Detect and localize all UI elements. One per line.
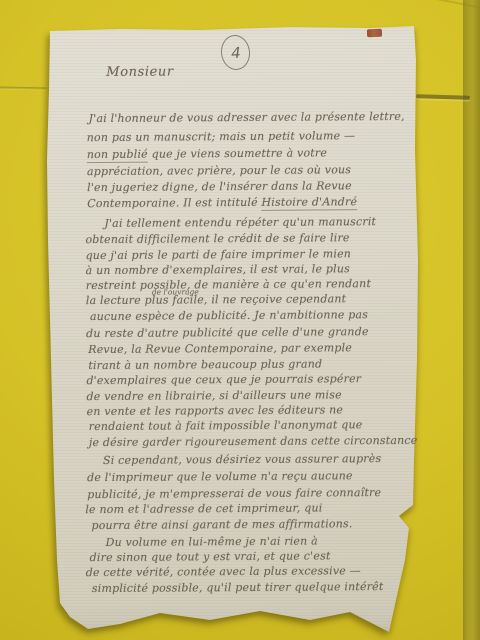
handwritten-text: Contemporaine. Il est intitulé (87, 196, 261, 210)
handwritten-text: Si cependant, vous désiriez vous assurer… (103, 452, 381, 467)
letter-line: l'en jugeriez digne, de l'insérer dans l… (87, 180, 352, 194)
letter-line: aucune espèce de publicité. Je n'ambitio… (90, 309, 368, 323)
handwritten-text: Monsieur (106, 64, 174, 79)
handwritten-text: pourra être ainsi garant de mes affirmat… (91, 517, 352, 532)
handwritten-text: appréciation, avec prière, pour le cas o… (87, 163, 351, 178)
handwritten-text: que j'ai pris le parti de faire imprimer… (86, 247, 352, 262)
handwritten-text: d'exemplaires que ceux que je pourrais e… (86, 372, 361, 387)
handwritten-text: de l'imprimeur que le volume n'a reçu au… (87, 469, 353, 484)
letter-line: que j'ai pris le parti de faire imprimer… (86, 248, 352, 262)
handwritten-text: le nom et l'adresse de cet imprimeur, qu… (85, 501, 322, 516)
underlined-text: Histoire d'André (261, 195, 357, 211)
letter-line: dire sinon que tout y est vrai, et que c… (90, 550, 331, 564)
handwritten-text: du reste d'autre publicité que celle d'u… (86, 325, 369, 340)
handwritten-text: à un nombre d'exemplaires, il est vrai, … (86, 262, 350, 277)
letter-line: non publié que je viens soumettre à votr… (87, 147, 327, 161)
letter-line: appréciation, avec prière, pour le cas o… (87, 164, 351, 178)
handwritten-text: dire sinon que tout y est vrai, et que c… (90, 549, 331, 564)
letter-line: non pas un manuscrit; mais un petit volu… (87, 130, 356, 144)
handwritten-text: en vente et les rapports avec les éditeu… (87, 403, 344, 418)
letter-text-layer: MonsieurJ'ai l'honneur de vous adresser … (0, 0, 480, 640)
letter-line: J'ai tellement entendu répéter qu'un man… (104, 216, 376, 230)
letter-line: Si cependant, vous désiriez vous assurer… (103, 453, 381, 467)
handwritten-text: je désire garder rigoureusement dans cet… (89, 434, 418, 449)
handwritten-text: de cette vérité, contée avec la plus exc… (86, 564, 361, 579)
letter-line: simplicité possible, qu'il peut tirer qu… (92, 581, 384, 595)
letter-line: du reste d'autre publicité que celle d'u… (86, 326, 369, 340)
letter-line: le nom et l'adresse de cet imprimeur, qu… (85, 502, 322, 516)
handwritten-text: Revue, la Revue Contemporaine, par exemp… (88, 341, 352, 356)
handwritten-text: que je viens soumettre à votre (148, 146, 327, 160)
handwritten-text: l'en jugeriez digne, de l'insérer dans l… (87, 179, 352, 194)
letter-line: pourra être ainsi garant de mes affirmat… (91, 518, 352, 532)
letter-line: J'ai l'honneur de vous adresser avec la … (89, 111, 405, 125)
letter-line: Contemporaine. Il est intitulé Histoire … (87, 196, 357, 210)
letter-greeting: Monsieur (106, 66, 174, 78)
letter-line: de cette vérité, contée avec la plus exc… (86, 565, 361, 579)
handwritten-text: simplicité possible, qu'il peut tirer qu… (92, 580, 384, 595)
letter-line: Du volume en lui-même je n'ai rien à (106, 535, 318, 548)
handwritten-text: publicité, je m'empresserai de vous fair… (87, 486, 381, 501)
letter-line: restreint possible, de manière à ce qu'e… (86, 278, 371, 292)
letter-line: obtenait difficilement le crédit de se f… (85, 232, 349, 246)
letter-line: rendaient tout à fait impossible l'anony… (89, 419, 363, 433)
handwritten-text: Du volume en lui-même je n'ai rien à (106, 534, 318, 548)
letter-line: publicité, je m'empresserai de vous fair… (87, 487, 381, 501)
letter-line: je désire garder rigoureusement dans cet… (89, 435, 418, 449)
letter-line: de vendre en librairie, si d'ailleurs un… (86, 389, 341, 403)
letter-line: en vente et les rapports avec les éditeu… (87, 404, 344, 418)
letter-line: la lecture plus facile, il ne reçoive ce… (86, 293, 346, 307)
photo-of-letter: 4 MonsieurJ'ai l'honneur de vous adresse… (0, 0, 480, 640)
letter-line: d'exemplaires que ceux que je pourrais e… (86, 373, 361, 387)
handwritten-text: restreint possible, de manière à ce qu'e… (86, 277, 371, 292)
handwritten-text: la lecture plus facile, il ne reçoive ce… (86, 292, 346, 307)
letter-line: Revue, la Revue Contemporaine, par exemp… (88, 342, 352, 356)
handwritten-text: non pas un manuscrit; mais un petit volu… (87, 129, 356, 144)
letter-line: de l'imprimeur que le volume n'a reçu au… (87, 470, 353, 484)
handwritten-text: aucune espèce de publicité. Je n'ambitio… (90, 308, 368, 323)
handwritten-text: obtenait difficilement le crédit de se f… (85, 231, 349, 246)
handwritten-text: J'ai tellement entendu répéter qu'un man… (104, 215, 376, 230)
underlined-text: non publié (87, 148, 148, 163)
letter-line: tirant à un nombre beaucoup plus grand (88, 358, 322, 372)
handwritten-text: J'ai l'honneur de vous adresser avec la … (89, 110, 405, 125)
handwritten-text: tirant à un nombre beaucoup plus grand (88, 357, 322, 372)
letter-line: à un nombre d'exemplaires, il est vrai, … (86, 263, 350, 277)
handwritten-text: de vendre en librairie, si d'ailleurs un… (86, 388, 341, 403)
handwritten-text: rendaient tout à fait impossible l'anony… (89, 418, 363, 433)
